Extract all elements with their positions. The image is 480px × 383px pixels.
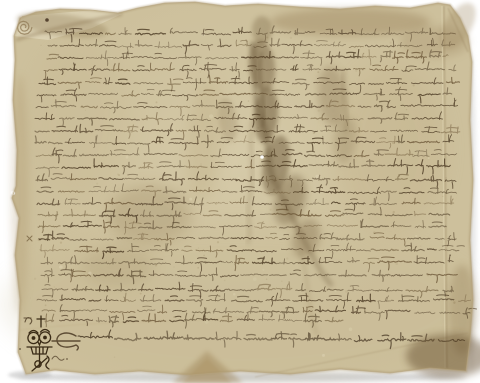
texture-fleck: [415, 235, 417, 237]
texture-fleck: [117, 173, 119, 175]
parchment-hole: [260, 155, 264, 159]
notary-pupil-left: [32, 336, 36, 340]
texture-fleck: [369, 218, 370, 219]
texture-fleck: [390, 42, 392, 44]
stain: [270, 8, 430, 36]
texture-fleck: [248, 100, 249, 101]
parchment-hole: [45, 18, 49, 22]
texture-fleck: [355, 70, 357, 72]
texture-fleck: [217, 241, 219, 243]
texture-fleck: [345, 290, 347, 292]
texture-fleck: [286, 257, 288, 259]
texture-fleck: [209, 114, 213, 118]
texture-fleck: [322, 354, 325, 357]
texture-fleck: [395, 262, 398, 265]
texture-fleck: [114, 357, 115, 358]
texture-fleck: [392, 142, 394, 144]
texture-fleck: [45, 304, 47, 306]
texture-fleck: [270, 209, 272, 211]
notary-pupil-right: [43, 336, 47, 340]
texture-fleck: [238, 177, 240, 179]
texture-fleck: [233, 293, 236, 296]
texture-fleck: [393, 211, 395, 213]
texture-fleck: [200, 71, 201, 72]
texture-fleck: [442, 196, 443, 197]
texture-fleck: [88, 272, 91, 275]
texture-fleck: [263, 154, 264, 155]
texture-fleck: [34, 278, 36, 280]
texture-fleck: [406, 109, 407, 110]
texture-fleck: [126, 156, 129, 159]
texture-fleck: [173, 316, 175, 318]
texture-fleck: [156, 101, 158, 103]
script-word: [117, 238, 131, 239]
texture-fleck: [96, 183, 98, 185]
texture-fleck: [140, 293, 142, 295]
texture-fleck: [253, 277, 257, 281]
texture-fleck: [60, 242, 62, 244]
texture-fleck: [155, 264, 157, 266]
texture-fleck: [317, 71, 319, 73]
texture-fleck: [428, 157, 430, 159]
texture-fleck: [203, 255, 205, 257]
texture-fleck: [413, 84, 415, 86]
script-word: [369, 83, 384, 84]
texture-fleck: [154, 34, 156, 36]
texture-fleck: [335, 290, 337, 292]
manuscript-photo: Creased vellum charter covered with abou…: [0, 0, 480, 383]
texture-fleck: [173, 266, 174, 267]
texture-fleck: [41, 45, 42, 46]
texture-fleck: [318, 110, 320, 112]
texture-fleck: [281, 280, 283, 282]
texture-fleck: [198, 247, 199, 248]
texture-fleck: [96, 313, 97, 314]
texture-fleck: [420, 246, 421, 247]
texture-fleck: [453, 301, 456, 304]
texture-fleck: [349, 327, 353, 331]
texture-fleck: [262, 269, 264, 271]
texture-fleck: [290, 37, 292, 39]
texture-fleck: [445, 177, 446, 178]
stain: [252, 16, 272, 44]
texture-fleck: [224, 280, 226, 282]
texture-fleck: [197, 267, 199, 269]
texture-fleck: [266, 279, 267, 280]
parchment-scan: [0, 0, 480, 383]
texture-fleck: [54, 287, 55, 288]
texture-fleck: [59, 265, 63, 269]
texture-fleck: [198, 170, 199, 171]
texture-fleck: [200, 163, 202, 165]
texture-fleck: [221, 136, 223, 138]
texture-fleck: [189, 198, 192, 201]
texture-fleck: [169, 199, 170, 200]
texture-fleck: [85, 110, 86, 111]
ink-dot: [66, 358, 68, 360]
texture-fleck: [30, 298, 31, 299]
